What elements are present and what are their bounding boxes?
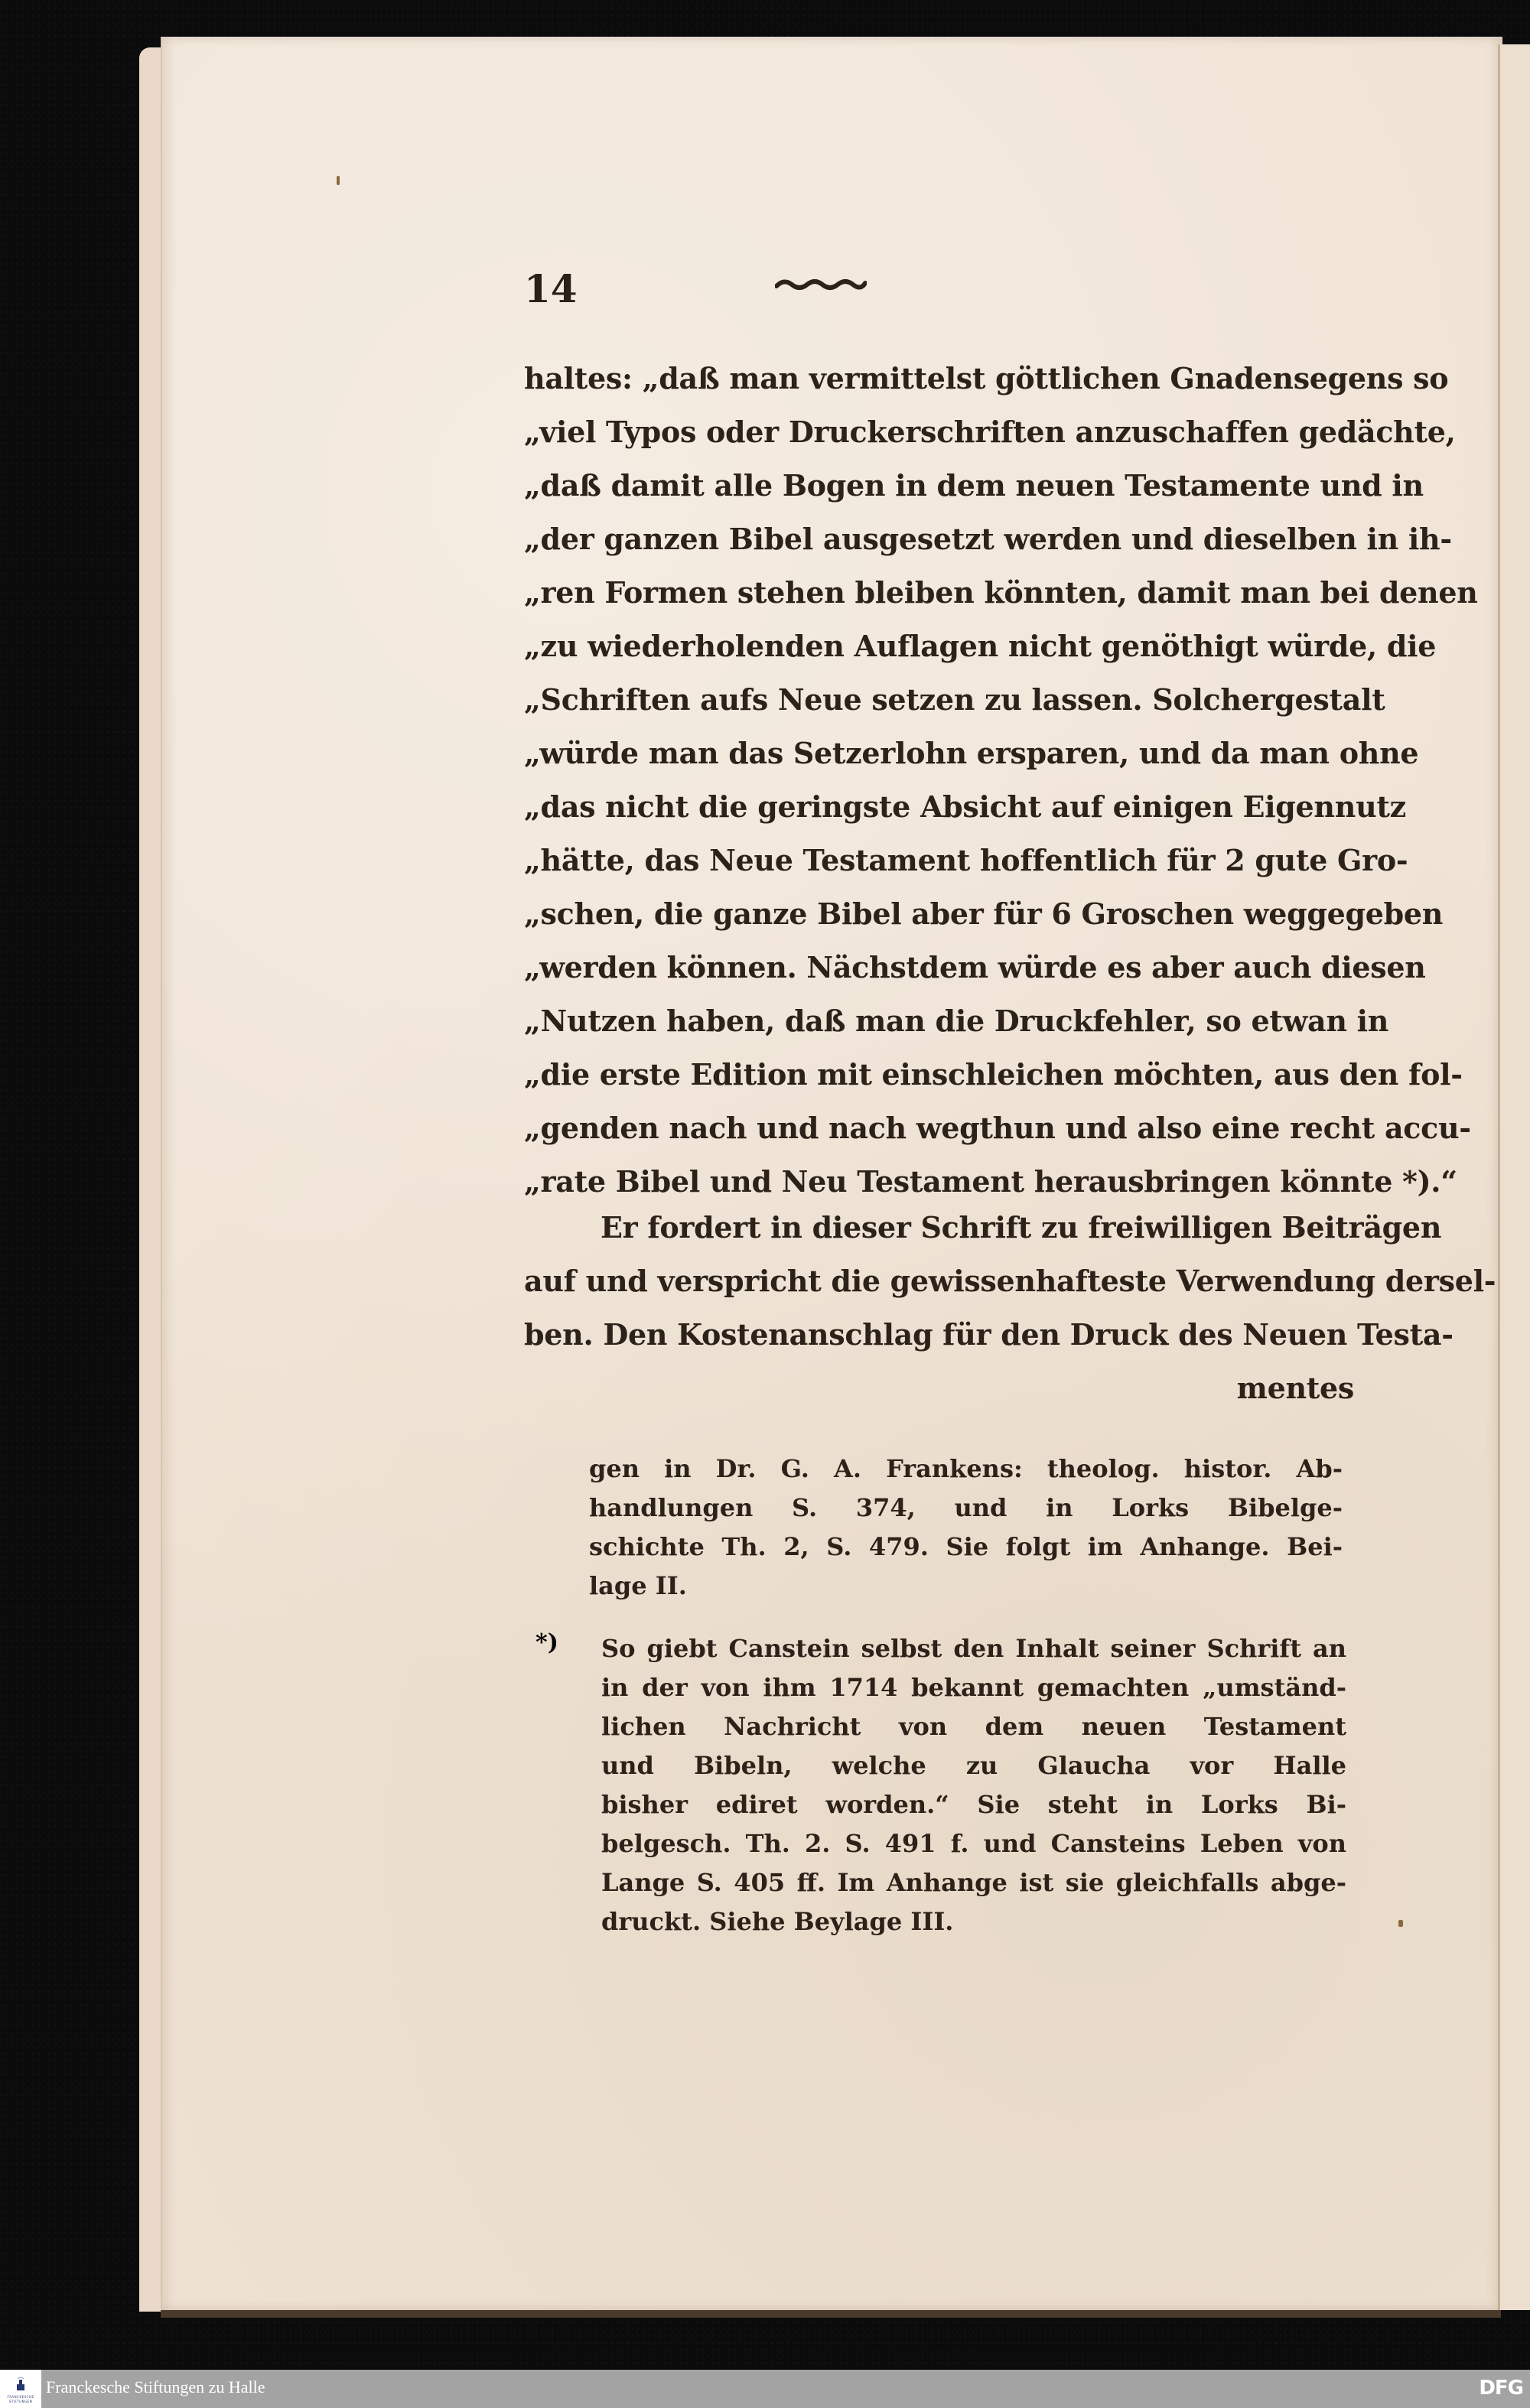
text-line: „viel Typos oder Druckerschriften anzusc… (524, 405, 1354, 459)
statue-logo-icon (16, 2376, 25, 2391)
paper-speck (337, 176, 340, 185)
footnote-line: So giebt Canstein selbst den Inhalt sein… (535, 1629, 1346, 1668)
institution-name: Franckesche Stiftungen zu Halle (46, 2377, 265, 2397)
viewer-footer-bar: FRANCKESCHE STIFTUNGEN Franckesche Stift… (0, 2370, 1530, 2408)
text-line: „Schriften aufs Neue setzen zu lassen. S… (524, 673, 1354, 727)
logo-label: STIFTUNGEN (2, 2400, 39, 2404)
text-line: „der ganzen Bibel ausgesetzt werden und … (524, 513, 1354, 566)
text-line: „würde man das Setzerlohn ersparen, und … (524, 727, 1354, 780)
footnote-line: Lange S. 405 ff. Im Anhange ist sie glei… (535, 1863, 1346, 1902)
text-line: „Nutzen haben, daß man die Druckfehler, … (524, 994, 1354, 1048)
text-line: Er fordert in dieser Schrift zu freiwill… (524, 1201, 1354, 1254)
footnote-line: schichte Th. 2, S. 479. Sie folgt im Anh… (589, 1528, 1343, 1567)
text-line: „genden nach und nach wegthun und also e… (524, 1101, 1354, 1155)
footnote-line: und Bibeln, welche zu Glaucha vor Halle (535, 1746, 1346, 1785)
text-line: „die erste Edition mit einschleichen möc… (524, 1048, 1354, 1101)
institution-logo[interactable]: FRANCKESCHE STIFTUNGEN (0, 2370, 41, 2408)
page-text-block: 14 haltes: „daß man vermittelst göttlich… (524, 260, 1354, 321)
text-line: „ren Formen stehen bleiben könnten, dami… (524, 566, 1354, 620)
page-number: 14 (524, 266, 578, 311)
catchword: mentes (524, 1362, 1354, 1415)
text-line: „werden können. Nächstdem würde es aber … (524, 941, 1354, 994)
text-line: „das nicht die geringste Absicht auf ein… (524, 780, 1354, 834)
footnote-marker: *) (535, 1629, 558, 1656)
text-line: „schen, die ganze Bibel aber für 6 Grosc… (524, 887, 1354, 941)
footnote-continuation: gen in Dr. G. A. Frankens: theolog. hist… (589, 1450, 1343, 1606)
page-bottom-shadow (161, 2310, 1501, 2318)
text-line: „zu wiederholenden Auflagen nicht genöth… (524, 620, 1354, 673)
body-paragraph: Er fordert in dieser Schrift zu freiwill… (524, 1201, 1354, 1415)
footnote-line: in der von ihm 1714 bekannt gemachten „u… (535, 1668, 1346, 1707)
footnote-line: handlungen S. 374, und in Lorks Bibelge- (589, 1489, 1343, 1528)
paper-speck (1398, 1920, 1403, 1927)
footnote-line: belgesch. Th. 2. S. 491 f. und Cansteins… (535, 1824, 1346, 1863)
footnote-line: gen in Dr. G. A. Frankens: theolog. hist… (589, 1450, 1343, 1489)
footnote-line: druckt. Siehe Beylage III. (535, 1902, 1346, 1941)
running-header: 14 (524, 260, 1354, 321)
text-line: „daß damit alle Bogen in dem neuen Testa… (524, 459, 1354, 513)
text-line: ben. Den Kostenanschlag für den Druck de… (524, 1308, 1354, 1362)
wavy-rule-ornament-icon (775, 275, 867, 294)
quoted-passage: haltes: „daß man vermittelst göttlichen … (524, 352, 1354, 1209)
footnote-line: lichen Nachricht von dem neuen Testament (535, 1707, 1346, 1746)
footnote-line: lage II. (589, 1567, 1343, 1606)
text-line: auf und verspricht die gewissenhafteste … (524, 1254, 1354, 1308)
text-line: „hätte, das Neue Testament hoffentlich f… (524, 834, 1354, 887)
footnote-line: bisher ediret worden.“ Sie steht in Lork… (535, 1785, 1346, 1824)
dfg-logo[interactable]: DFG (1479, 2377, 1523, 2400)
text-line: haltes: „daß man vermittelst göttlichen … (524, 352, 1354, 405)
adjacent-page-edge (1498, 44, 1530, 2310)
footnote-asterisk: *) So giebt Canstein selbst den Inhalt s… (535, 1629, 1346, 1941)
